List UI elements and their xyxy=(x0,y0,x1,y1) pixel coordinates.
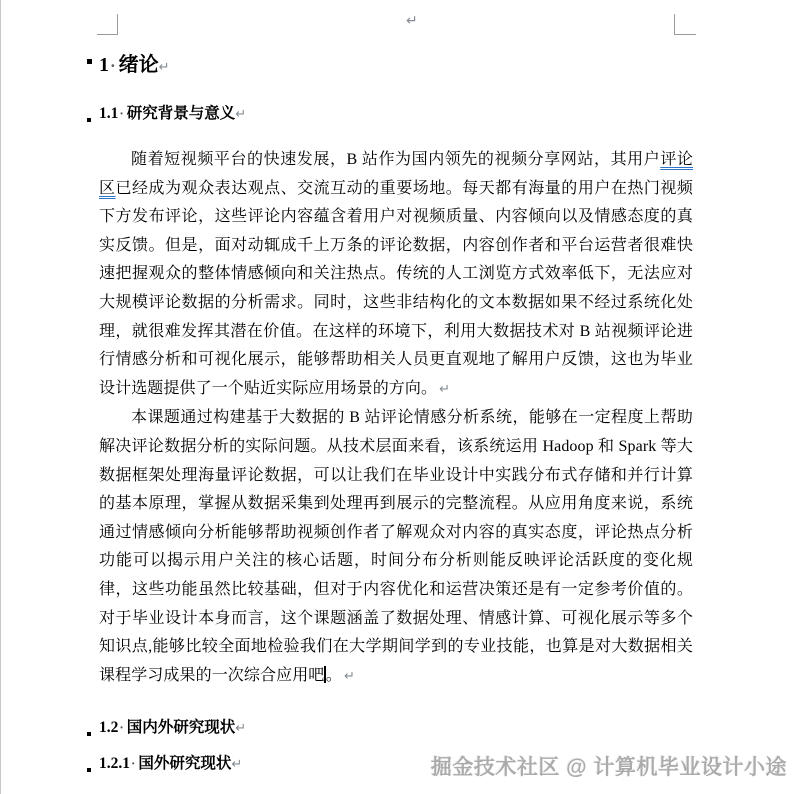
heading-1-chapter[interactable]: 1·绪论↵ xyxy=(99,52,693,81)
return-mark-icon: ↵ xyxy=(437,382,450,397)
heading-anchor-square-icon xyxy=(87,732,91,736)
space-dot-mark: · xyxy=(118,106,126,121)
space-dot-mark: · xyxy=(118,720,126,735)
document-page: { "marks": { "return_mark": "↵", "space_… xyxy=(0,0,792,794)
paragraph-2[interactable]: 本课题通过构建基于大数据的 B 站评论情感分析系统，能够在一定程度上帮助解决评论… xyxy=(99,404,693,691)
paragraph-1[interactable]: 随着短视频平台的快速发展，B 站作为国内领先的视频分享网站，其用户评论区已经成为… xyxy=(99,146,693,404)
document-text-area[interactable]: 1·绪论↵ 1.1·研究背景与意义↵ 随着短视频平台的快速发展，B 站作为国内领… xyxy=(99,0,693,776)
heading-title: 国外研究现状 xyxy=(138,755,231,772)
heading-1-1-section[interactable]: 1.1·研究背景与意义↵ xyxy=(99,103,693,126)
watermark: 掘金技术社区 @ 计算机毕业设计小途 xyxy=(431,751,787,781)
heading-number: 1.1 xyxy=(99,105,118,122)
paragraph-text: 随着短视频平台的快速发展，B 站作为国内领先的视频分享网站，其用户 xyxy=(131,151,660,168)
heading-title: 绪论 xyxy=(119,54,159,76)
heading-anchor-square-icon xyxy=(87,59,92,64)
return-mark-icon: ↵ xyxy=(235,107,246,122)
heading-number: 1.2 xyxy=(99,719,118,736)
page-edge-line xyxy=(0,0,1,794)
space-dot-mark: · xyxy=(109,56,119,75)
return-mark-icon: ↵ xyxy=(159,60,170,75)
return-mark-icon: ↵ xyxy=(342,669,355,684)
paragraph-text: 。 xyxy=(326,667,342,684)
paragraph-text: 已经成为观众表达观点、交流互动的重要场地。每天都有海量的用户在热门视频下方发布评… xyxy=(99,180,693,397)
heading-title: 研究背景与意义 xyxy=(127,105,236,122)
heading-1-2-section[interactable]: 1.2·国内外研究现状↵ xyxy=(99,717,693,740)
return-mark-icon: ↵ xyxy=(235,721,246,736)
heading-number: 1 xyxy=(99,54,109,76)
heading-anchor-square-icon xyxy=(87,118,91,122)
heading-title: 国内外研究现状 xyxy=(127,719,236,736)
heading-number: 1.2.1 xyxy=(99,755,130,772)
paragraph-text: 本课题通过构建基于大数据的 B 站评论情感分析系统，能够在一定程度上帮助解决评论… xyxy=(99,409,693,683)
heading-anchor-square-icon xyxy=(87,768,91,772)
return-mark-icon: ↵ xyxy=(231,757,242,772)
